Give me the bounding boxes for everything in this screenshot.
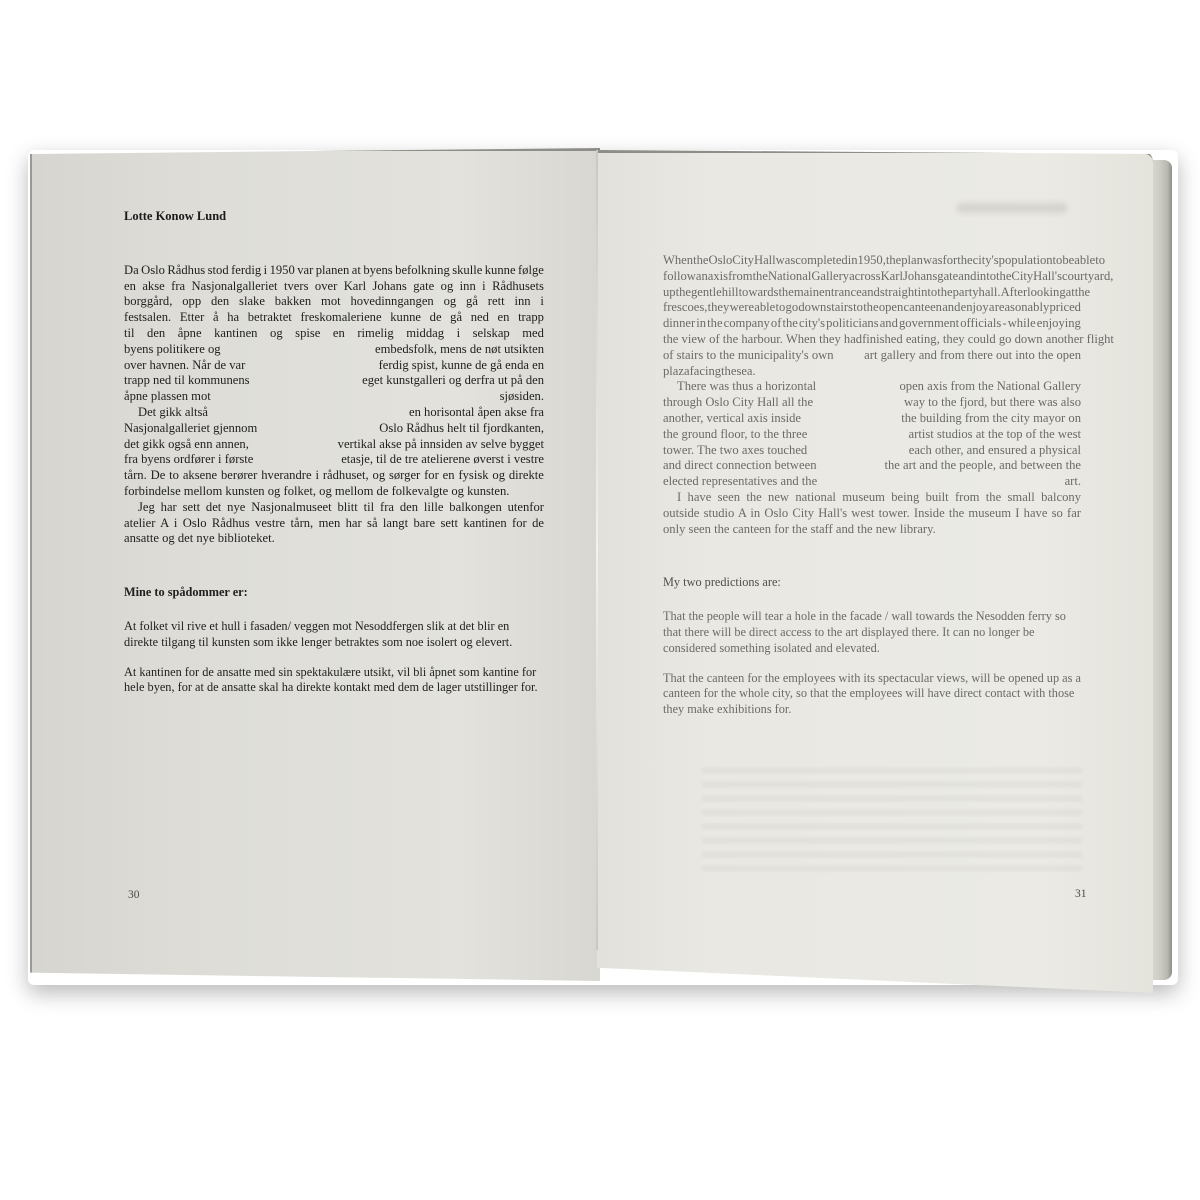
text-word: gate bbox=[937, 269, 958, 285]
text-line: of stairs to the municipality's ownart g… bbox=[663, 348, 1081, 364]
text-word: og bbox=[444, 294, 457, 310]
text-word: main bbox=[794, 285, 819, 301]
text-word: slake bbox=[239, 294, 265, 310]
text-word: direkte bbox=[509, 468, 544, 484]
text-line: dinnerinthecompanyofthecity'spoliticians… bbox=[663, 316, 1081, 332]
text-word: akse bbox=[142, 279, 164, 295]
text-word: the bbox=[957, 253, 972, 269]
text-word: enjoy bbox=[961, 300, 989, 316]
text-word: var bbox=[297, 263, 313, 279]
text-word: over bbox=[315, 279, 337, 295]
text-word: en bbox=[443, 468, 455, 484]
text-line: There was thus a horizontalopen axis fro… bbox=[663, 379, 1081, 395]
english-prediction-1: That the people will tear a hole in the … bbox=[663, 609, 1081, 656]
text-word: downstairs bbox=[798, 300, 853, 316]
page-number-right: 31 bbox=[1075, 888, 1087, 900]
right-page: WhentheOsloCityHallwascompletedin1950,th… bbox=[597, 150, 1153, 993]
text-word: Hall bbox=[754, 253, 776, 269]
right-text-column: WhentheOsloCityHallwascompletedin1950,th… bbox=[663, 253, 1081, 732]
text-word: åpne bbox=[178, 326, 202, 342]
text-word: - bbox=[1002, 316, 1006, 332]
text-segment-left: of stairs to the municipality's own bbox=[663, 348, 834, 364]
text-word: and bbox=[880, 316, 898, 332]
text-line: Det gikk altsåen horisontal åpen akse fr… bbox=[124, 405, 544, 421]
text-word: planen bbox=[316, 263, 350, 279]
english-prediction-2: That the canteen for the employees with … bbox=[663, 671, 1081, 718]
text-word: and bbox=[942, 300, 960, 316]
norwegian-prediction-1: At folket vil rive et hull i fasaden/ ve… bbox=[124, 619, 544, 651]
text-line: elected representatives and theart. bbox=[663, 474, 1081, 490]
text-segment-right: open axis from the National Gallery bbox=[899, 379, 1081, 395]
text-word: rådhuset, bbox=[323, 468, 369, 484]
text-word: sea. bbox=[736, 364, 755, 380]
text-segment-left: trapp ned til kommunens bbox=[124, 373, 250, 389]
text-segment-left: There was thus a horizontal bbox=[677, 379, 816, 395]
text-word: the bbox=[886, 253, 901, 269]
text-word: the bbox=[996, 269, 1011, 285]
text-segment-right: vertikal akse på innsiden av selve bygge… bbox=[338, 437, 544, 453]
text-segment-left: the view of the harbour. When they had bbox=[663, 332, 862, 348]
text-word: den bbox=[147, 326, 165, 342]
text-line: tårn.Detoakseneberørerhverandreirådhuset… bbox=[124, 468, 544, 484]
text-word: frescoes, bbox=[663, 300, 707, 316]
text-word: 1950, bbox=[858, 253, 886, 269]
text-line: frescoes,theywereabletogodownstairstothe… bbox=[663, 300, 1081, 316]
text-line: the ground floor, to the threeartist stu… bbox=[663, 427, 1081, 443]
text-word: gate bbox=[413, 279, 434, 295]
text-word: borggård, bbox=[124, 294, 172, 310]
text-word: the bbox=[1075, 285, 1090, 301]
text-segment-right: art. bbox=[1065, 474, 1081, 490]
text-word: Hall's bbox=[1033, 269, 1062, 285]
text-word: trapp bbox=[518, 310, 544, 326]
text-word: an bbox=[696, 269, 708, 285]
text-line: plazafacingthesea. bbox=[663, 364, 1081, 380]
norwegian-intro-paragraph: DaOsloRådhusstodferdigi1950varplanenatby… bbox=[124, 263, 544, 500]
text-word: De bbox=[151, 468, 166, 484]
text-word: Oslo bbox=[141, 263, 165, 279]
text-word: gå bbox=[450, 310, 462, 326]
text-word: gentle bbox=[691, 285, 722, 301]
text-word: kunne bbox=[485, 263, 516, 279]
text-line: WhentheOsloCityHallwascompletedin1950,th… bbox=[663, 253, 1081, 269]
text-word: skulle bbox=[452, 263, 482, 279]
text-word: the bbox=[721, 364, 736, 380]
text-word: in bbox=[696, 316, 706, 332]
text-word: politicians bbox=[826, 316, 878, 332]
text-word: å bbox=[213, 310, 219, 326]
text-segment-right: Oslo Rådhus helt til fjordkanten, bbox=[379, 421, 544, 437]
text-word: the bbox=[937, 285, 952, 301]
text-word: og bbox=[492, 468, 505, 484]
text-line: fra byens ordfører i førsteetasje, til d… bbox=[124, 452, 544, 468]
text-segment-left: tower. The two axes touched bbox=[663, 443, 807, 459]
text-segment-right: etasje, til de tre atelierene øverst i v… bbox=[341, 452, 544, 468]
text-word: at bbox=[352, 263, 361, 279]
text-segment-right: embedsfolk, mens de nøt utsikten bbox=[375, 342, 544, 358]
text-word: and bbox=[862, 285, 880, 301]
text-word: enjoying bbox=[1037, 316, 1081, 332]
text-word: plaza bbox=[663, 364, 690, 380]
text-word: plan bbox=[901, 253, 923, 269]
text-word: city's bbox=[799, 316, 825, 332]
text-segment-left: another, vertical axis inside bbox=[663, 411, 801, 427]
text-word: hovedinngangen bbox=[350, 294, 433, 310]
text-segment-left: fra byens ordfører i første bbox=[124, 452, 253, 468]
text-line: enaksefraNasjonalgalleriettversoverKarlJ… bbox=[124, 279, 544, 295]
text-word: the bbox=[693, 253, 708, 269]
text-word: kunne bbox=[390, 310, 421, 326]
text-word: den bbox=[211, 294, 229, 310]
text-segment-left: Nasjonalgalleriet gjennom bbox=[124, 421, 257, 437]
text-line: byens politikere ogembedsfolk, mens de n… bbox=[124, 342, 544, 358]
text-word: tårn. bbox=[124, 468, 147, 484]
text-word: After bbox=[1001, 285, 1028, 301]
text-word: axis bbox=[708, 269, 728, 285]
english-predictions-heading: My two predictions are: bbox=[663, 575, 1081, 591]
text-word: hall. bbox=[979, 285, 1001, 301]
text-word: to bbox=[775, 300, 785, 316]
text-word: the bbox=[778, 285, 793, 301]
text-word: ha bbox=[227, 310, 239, 326]
text-word: rett bbox=[488, 294, 505, 310]
text-segment-right: the building from the city mayor on bbox=[901, 411, 1081, 427]
text-word: bakken bbox=[275, 294, 311, 310]
text-word: entrance bbox=[819, 285, 862, 301]
text-word: berører bbox=[221, 468, 257, 484]
text-word: for bbox=[943, 253, 958, 269]
text-word: fysisk bbox=[458, 468, 488, 484]
text-segment-right: the art and the people, and between the bbox=[884, 458, 1081, 474]
text-segment-left: over havnen. Når de var bbox=[124, 358, 245, 374]
norwegian-prediction-2: At kantinen for de ansatte med sin spekt… bbox=[124, 665, 544, 697]
text-word: en bbox=[124, 279, 136, 295]
text-segment-right: artist studios at the top of the west bbox=[909, 427, 1081, 443]
text-word: up bbox=[663, 285, 676, 301]
text-word: og bbox=[441, 279, 454, 295]
text-line: Nasjonalgalleriet gjennomOslo Rådhus hel… bbox=[124, 421, 544, 437]
text-word: tvers bbox=[284, 279, 308, 295]
text-word: freskomaleriene bbox=[300, 310, 381, 326]
text-word: go bbox=[786, 300, 799, 316]
text-word: inn bbox=[460, 279, 476, 295]
text-word: Karl bbox=[344, 279, 366, 295]
text-word: hill bbox=[722, 285, 739, 301]
text-word: middag bbox=[406, 326, 444, 342]
text-word: City bbox=[1011, 269, 1033, 285]
text-word: for bbox=[424, 468, 439, 484]
text-word: og bbox=[373, 468, 386, 484]
text-word: into bbox=[976, 269, 996, 285]
text-line: another, vertical axis insidethe buildin… bbox=[663, 411, 1081, 427]
text-word: fra bbox=[171, 279, 185, 295]
text-word: city's bbox=[973, 253, 999, 269]
text-segment-left: and direct connection between bbox=[663, 458, 817, 474]
text-word: Rådhusets bbox=[492, 279, 544, 295]
text-word: i bbox=[315, 468, 319, 484]
text-segment-right: en horisontal åpen akse fra bbox=[409, 405, 544, 421]
text-segment-left: through Oslo City Hall all the bbox=[663, 395, 813, 411]
text-word: i bbox=[264, 263, 268, 279]
text-segment-left: det gikk også enn annen, bbox=[124, 437, 249, 453]
text-segment-right: ferdig spist, kunne de gå enda en bbox=[379, 358, 544, 374]
text-segment-right: way to the fjord, but there was also bbox=[904, 395, 1081, 411]
text-word: ferdig bbox=[231, 263, 261, 279]
text-word: en bbox=[333, 326, 345, 342]
text-word: Oslo bbox=[708, 253, 732, 269]
text-line: forbindelse mellom kunsten og folket, og… bbox=[124, 484, 544, 500]
text-line: trapp ned til kommunenseget kunstgalleri… bbox=[124, 373, 544, 389]
text-word: reasonably bbox=[995, 300, 1050, 316]
text-word: When bbox=[663, 253, 693, 269]
text-word: Nasjonalgalleriet bbox=[192, 279, 278, 295]
text-word: to bbox=[1053, 253, 1063, 269]
text-word: be bbox=[1062, 253, 1074, 269]
text-word: National bbox=[768, 269, 811, 285]
text-word: officials bbox=[960, 316, 1001, 332]
text-segment-right: eget kunstgalleri og derfra ut på den bbox=[362, 373, 544, 389]
text-word: the bbox=[753, 269, 768, 285]
text-word: canteen bbox=[904, 300, 942, 316]
text-word: i bbox=[482, 279, 486, 295]
norwegian-second-paragraph: Jeg har sett det nye Nasjonalmuseet blit… bbox=[124, 500, 544, 547]
text-word: company bbox=[724, 316, 770, 332]
text-line: and direct connection betweenthe art and… bbox=[663, 458, 1081, 474]
text-word: Rådhus bbox=[167, 263, 205, 279]
text-segment-left: elected representatives and the bbox=[663, 474, 817, 490]
left-text-column: Lotte Konow Lund DaOsloRådhusstodferdigi… bbox=[124, 209, 544, 710]
text-word: population bbox=[999, 253, 1053, 269]
text-word: inn bbox=[514, 294, 530, 310]
text-word: befolkning bbox=[395, 263, 450, 279]
show-through-text bbox=[702, 768, 1082, 878]
text-word: the bbox=[676, 285, 691, 301]
text-word: follow bbox=[663, 269, 696, 285]
left-page: Lotte Konow Lund DaOsloRådhusstodferdigi… bbox=[30, 148, 600, 981]
text-word: spise bbox=[295, 326, 320, 342]
open-booklet: Lotte Konow Lund DaOsloRådhusstodferdigi… bbox=[0, 0, 1200, 1200]
text-word: completed bbox=[795, 253, 847, 269]
text-word: til bbox=[124, 326, 135, 342]
text-word: able bbox=[754, 300, 775, 316]
text-word: of bbox=[771, 316, 782, 332]
show-through-header bbox=[957, 203, 1067, 213]
text-word: looking bbox=[1027, 285, 1065, 301]
text-word: hverandre bbox=[261, 468, 311, 484]
text-word: able bbox=[1074, 253, 1095, 269]
text-word: rimelig bbox=[357, 326, 393, 342]
text-segment-right: each other, and ensured a physical bbox=[909, 443, 1081, 459]
text-word: Etter bbox=[180, 310, 204, 326]
text-word: priced bbox=[1049, 300, 1080, 316]
text-word: Karl bbox=[881, 269, 903, 285]
text-word: government bbox=[899, 316, 959, 332]
english-second-paragraph: I have seen the new national museum bein… bbox=[663, 490, 1081, 537]
text-word: party bbox=[953, 285, 979, 301]
text-word: and bbox=[958, 269, 976, 285]
text-segment-right: art gallery and from there out into the … bbox=[864, 348, 1081, 364]
text-word: stod bbox=[208, 263, 229, 279]
text-word: the bbox=[783, 316, 798, 332]
text-word: towards bbox=[739, 285, 779, 301]
text-word: was bbox=[776, 253, 796, 269]
text-word: og bbox=[270, 326, 283, 342]
booklet-spine bbox=[596, 150, 598, 950]
text-line: tildenåpnekantinenogspiseenrimeligmiddag… bbox=[124, 326, 544, 342]
text-word: Johans bbox=[903, 269, 937, 285]
text-word: from bbox=[728, 269, 752, 285]
text-segment-right: finished eating, they could go down anot… bbox=[862, 332, 1114, 348]
text-word: the bbox=[863, 300, 878, 316]
text-word: to bbox=[853, 300, 863, 316]
text-segment-left: the ground floor, to the three bbox=[663, 427, 807, 443]
text-word: gå bbox=[466, 294, 478, 310]
text-word: de bbox=[430, 310, 442, 326]
text-word: a bbox=[989, 300, 995, 316]
text-word: følge bbox=[518, 263, 544, 279]
text-word: the bbox=[707, 316, 722, 332]
text-line: DaOsloRådhusstodferdigi1950varplanenatby… bbox=[124, 263, 544, 279]
text-word: aksene bbox=[183, 468, 217, 484]
text-word: Da bbox=[124, 263, 139, 279]
text-word: 1950 bbox=[270, 263, 295, 279]
text-word: betraktet bbox=[248, 310, 292, 326]
text-line: over havnen. Når de varferdig spist, kun… bbox=[124, 358, 544, 374]
text-word: Johans bbox=[373, 279, 407, 295]
text-word: Gallery bbox=[811, 269, 849, 285]
text-line: the view of the harbour. When they hadfi… bbox=[663, 332, 1081, 348]
text-segment-left: Det gikk altså bbox=[138, 405, 208, 421]
text-word: byens bbox=[363, 263, 392, 279]
text-segment: forbindelse mellom kunsten og folket, og… bbox=[124, 484, 509, 500]
text-word: ned bbox=[471, 310, 489, 326]
text-line: tower. The two axes touchedeach other, a… bbox=[663, 443, 1081, 459]
text-segment-left: åpne plassen mot bbox=[124, 389, 211, 405]
author-name: Lotte Konow Lund bbox=[124, 209, 544, 225]
text-word: across bbox=[849, 269, 880, 285]
page-stack-edge bbox=[1150, 160, 1172, 980]
text-word: at bbox=[1066, 285, 1075, 301]
text-segment-right: sjøsiden. bbox=[500, 389, 544, 405]
text-segment-left: byens politikere og bbox=[124, 342, 221, 358]
text-word: courtyard, bbox=[1062, 269, 1113, 285]
text-line: borggård,oppdenslakebakkenmothovedinngan… bbox=[124, 294, 544, 310]
norwegian-predictions-heading: Mine to spådommer er: bbox=[124, 585, 544, 601]
text-line: festsalen.Etteråhabetraktetfreskomalerie… bbox=[124, 310, 544, 326]
page-number-left: 30 bbox=[128, 889, 140, 901]
text-word: in bbox=[848, 253, 858, 269]
text-word: they bbox=[708, 300, 730, 316]
text-word: festsalen. bbox=[124, 310, 171, 326]
text-word: en bbox=[498, 310, 510, 326]
text-word: straight bbox=[880, 285, 918, 301]
english-intro-paragraph: WhentheOsloCityHallwascompletedin1950,th… bbox=[663, 253, 1081, 490]
text-word: i bbox=[540, 294, 544, 310]
text-line: upthegentlehilltowardsthemainentranceand… bbox=[663, 285, 1081, 301]
text-word: selskap bbox=[473, 326, 510, 342]
text-word: City bbox=[732, 253, 754, 269]
text-word: into bbox=[918, 285, 938, 301]
text-word: i bbox=[457, 326, 461, 342]
text-word: facing bbox=[690, 364, 721, 380]
text-word: to bbox=[1095, 253, 1105, 269]
text-line: through Oslo City Hall all theway to the… bbox=[663, 395, 1081, 411]
text-word: sørger bbox=[389, 468, 420, 484]
text-word: was bbox=[923, 253, 943, 269]
text-word: mot bbox=[321, 294, 341, 310]
text-word: dinner bbox=[663, 316, 695, 332]
text-word: open bbox=[879, 300, 903, 316]
text-word: med bbox=[522, 326, 544, 342]
text-word: opp bbox=[182, 294, 201, 310]
text-line: åpne plassen motsjøsiden. bbox=[124, 389, 544, 405]
text-line: det gikk også enn annen,vertikal akse på… bbox=[124, 437, 544, 453]
text-word: were bbox=[730, 300, 754, 316]
text-word: kantinen bbox=[214, 326, 257, 342]
text-word: to bbox=[169, 468, 179, 484]
text-word: while bbox=[1008, 316, 1036, 332]
text-line: followanaxisfromtheNationalGalleryacross… bbox=[663, 269, 1081, 285]
